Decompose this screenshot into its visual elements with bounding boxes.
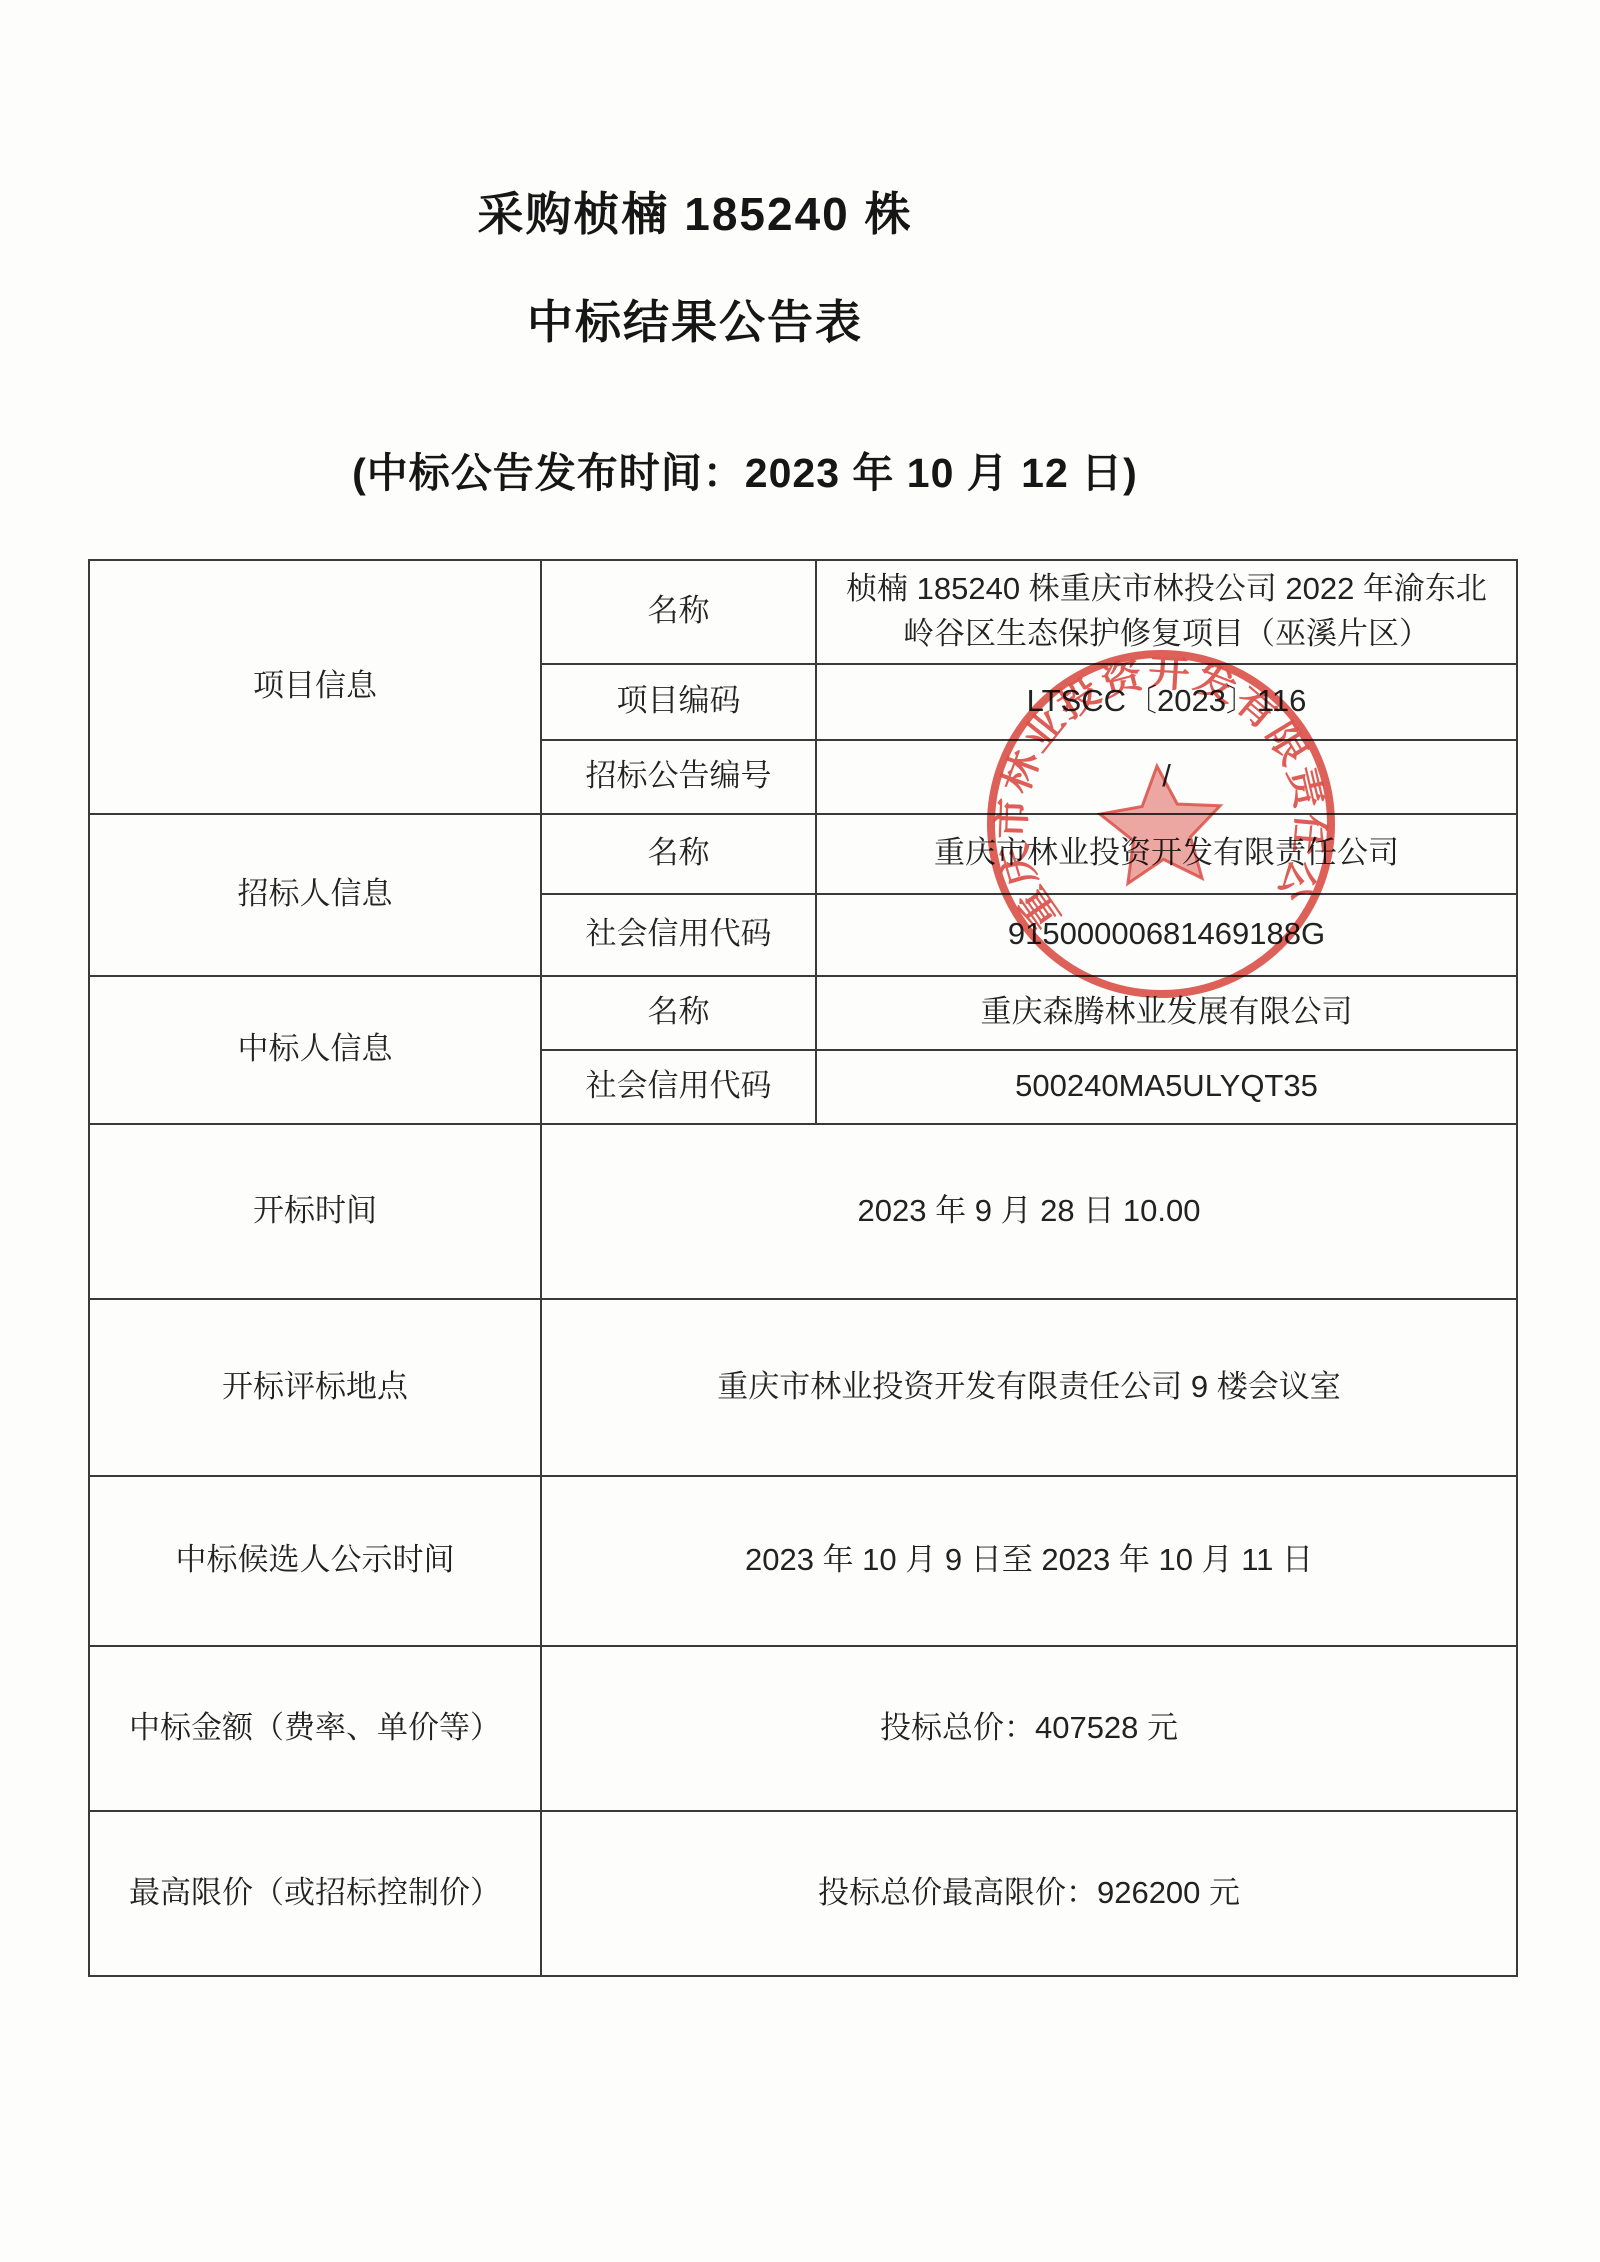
value-project-name: 桢楠 185240 株重庆市林投公司 2022 年渝东北岭谷区生态保护修复项目（… [816,560,1517,664]
label-winner-credit-code: 社会信用代码 [541,1050,816,1124]
section-header-project-info: 项目信息 [89,560,541,814]
value-tender-notice-no: / [816,740,1517,814]
label-tenderer-credit-code: 社会信用代码 [541,894,816,976]
publish-date-line: (中标公告发布时间：2023 年 10 月 12 日) [0,440,1545,499]
label-max-price-limit: 最高限价（或招标控制价） [89,1811,541,1976]
value-project-code: LTSCC〔2023〕116 [816,664,1517,740]
value-bid-opening-place: 重庆市林业投资开发有限责任公司 9 楼会议室 [541,1299,1517,1476]
bid-result-table: 项目信息 名称 桢楠 185240 株重庆市林投公司 2022 年渝东北岭谷区生… [88,559,1518,1977]
label-tender-notice-no: 招标公告编号 [541,740,816,814]
section-header-winner-info: 中标人信息 [89,976,541,1124]
table-row: 项目信息 名称 桢楠 185240 株重庆市林投公司 2022 年渝东北岭谷区生… [89,560,1517,664]
value-bid-opening-time: 2023 年 9 月 28 日 10.00 [541,1124,1517,1299]
table-row: 中标候选人公示时间 2023 年 10 月 9 日至 2023 年 10 月 1… [89,1476,1517,1646]
label-bid-opening-time: 开标时间 [89,1124,541,1299]
value-winner-credit-code: 500240MA5ULYQT35 [816,1050,1517,1124]
section-header-tenderer-info: 招标人信息 [89,814,541,976]
label-project-code: 项目编码 [541,664,816,740]
value-winner-name: 重庆森腾林业发展有限公司 [816,976,1517,1050]
value-tenderer-name: 重庆市林业投资开发有限责任公司 [816,814,1517,894]
label-tenderer-name: 名称 [541,814,816,894]
label-bid-opening-place: 开标评标地点 [89,1299,541,1476]
page-subtitle: 中标结果公告表 [0,286,1495,352]
value-tenderer-credit-code: 91500000681469188G [816,894,1517,976]
value-candidate-publicity-period: 2023 年 10 月 9 日至 2023 年 10 月 11 日 [541,1476,1517,1646]
label-winning-amount: 中标金额（费率、单价等） [89,1646,541,1811]
label-project-name: 名称 [541,560,816,664]
table-row: 招标人信息 名称 重庆市林业投资开发有限责任公司 [89,814,1517,894]
document-header: 采购桢楠 185240 株 中标结果公告表 [0,0,1495,352]
table-row: 中标金额（费率、单价等） 投标总价：407528 元 [89,1646,1517,1811]
table-row: 开标评标地点 重庆市林业投资开发有限责任公司 9 楼会议室 [89,1299,1517,1476]
label-candidate-publicity-period: 中标候选人公示时间 [89,1476,541,1646]
document-page: 采购桢楠 185240 株 中标结果公告表 (中标公告发布时间：2023 年 1… [0,0,1600,2262]
value-max-price-limit: 投标总价最高限价：926200 元 [541,1811,1517,1976]
page-title: 采购桢楠 185240 株 [0,178,1495,244]
label-winner-name: 名称 [541,976,816,1050]
value-winning-amount: 投标总价：407528 元 [541,1646,1517,1811]
table-row: 最高限价（或招标控制价） 投标总价最高限价：926200 元 [89,1811,1517,1976]
table-row: 中标人信息 名称 重庆森腾林业发展有限公司 [89,976,1517,1050]
table-row: 开标时间 2023 年 9 月 28 日 10.00 [89,1124,1517,1299]
